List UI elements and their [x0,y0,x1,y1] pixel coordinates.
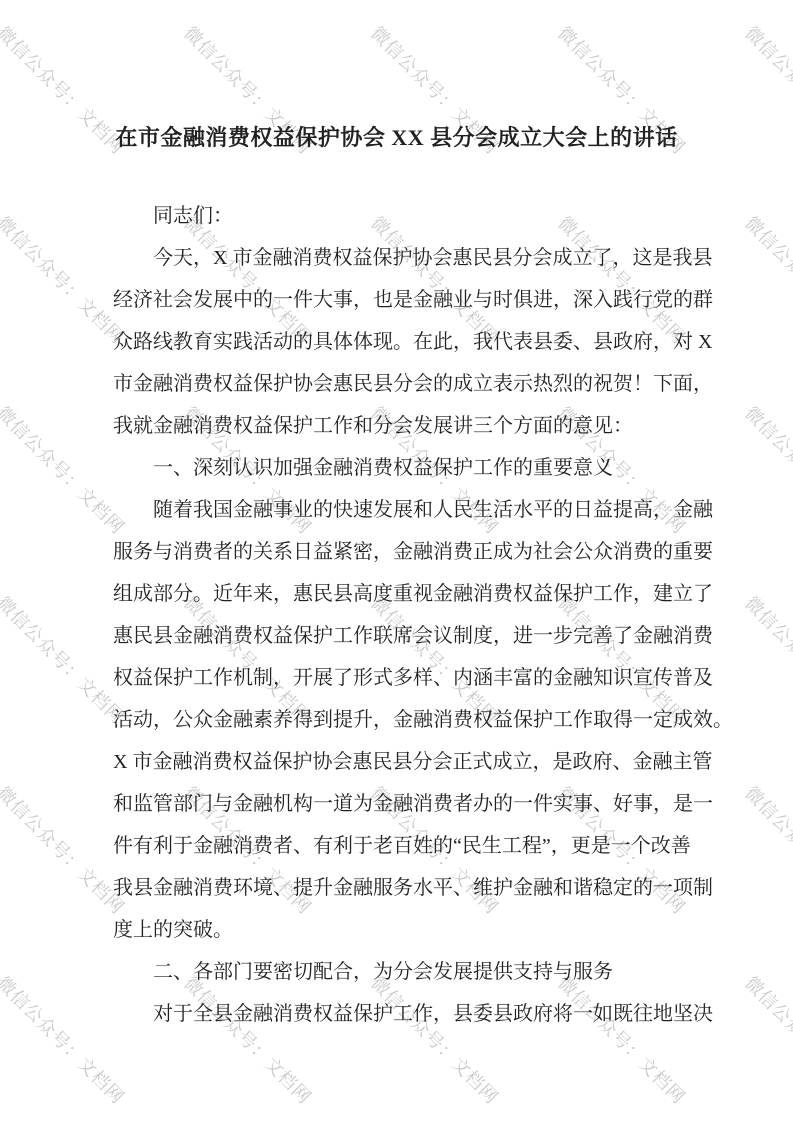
document-page: 微信公众号：文档网微信公众号：文档网微信公众号：文档网微信公众号：文档网微信公众… [0,0,793,1122]
text-line: 众路线教育实践活动的具体体现。在此，我代表县委、县政府，对 X [113,321,679,363]
text-line: 一、深刻认识加强金融消费权益保护工作的重要意义 [113,447,679,489]
text-line: 我县金融消费环境、提升金融服务水平、维护金融和谐稳定的一项制 [113,867,679,909]
text-line: 件有利于金融消费者、有利于老百姓的“民生工程”，更是一个改善 [113,825,679,867]
text-line: 服务与消费者的关系日益紧密，金融消费正成为社会公众消费的重要 [113,531,679,573]
text-line: 我就金融消费权益保护工作和分会发展讲三个方面的意见： [113,405,679,447]
text-line: 市金融消费权益保护协会惠民县分会的成立表示热烈的祝贺！下面， [113,363,679,405]
document-body: 同志们：今天，X 市金融消费权益保护协会惠民县分会成立了，这是我县经济社会发展中… [113,195,679,1035]
paragraph: 二、各部门要密切配合，为分会发展提供支持与服务 [113,951,679,993]
text-line: 惠民县金融消费权益保护工作联席会议制度，进一步完善了金融消费 [113,615,679,657]
text-line: 和监管部门与金融机构一道为金融消费者办的一件实事、好事，是一 [113,783,679,825]
text-line: 今天，X 市金融消费权益保护协会惠民县分会成立了，这是我县 [113,237,679,279]
text-line: 经济社会发展中的一件大事，也是金融业与时俱进，深入践行党的群 [113,279,679,321]
text-line: 随着我国金融事业的快速发展和人民生活水平的日益提高，金融 [113,489,679,531]
text-line: 二、各部门要密切配合，为分会发展提供支持与服务 [113,951,679,993]
text-line: 组成部分。近年来，惠民县高度重视金融消费权益保护工作，建立了 [113,573,679,615]
text-line: 同志们： [113,195,679,237]
paragraph: 随着我国金融事业的快速发展和人民生活水平的日益提高，金融服务与消费者的关系日益紧… [113,489,679,951]
paragraph: 对于全县金融消费权益保护工作，县委县政府将一如既往地坚决 [113,993,679,1035]
text-line: 活动，公众金融素养得到提升，金融消费权益保护工作取得一定成效。 [113,699,679,741]
paragraph: 一、深刻认识加强金融消费权益保护工作的重要意义 [113,447,679,489]
text-line: 度上的突破。 [113,909,679,951]
text-line: 权益保护工作机制，开展了形式多样、内涵丰富的金融知识宣传普及 [113,657,679,699]
document-content: 在市金融消费权益保护协会 XX 县分会成立大会上的讲话 同志们：今天，X 市金融… [0,0,793,1122]
paragraph: 今天，X 市金融消费权益保护协会惠民县分会成立了，这是我县经济社会发展中的一件大… [113,237,679,447]
document-title: 在市金融消费权益保护协会 XX 县分会成立大会上的讲话 [0,121,793,155]
text-line: X 市金融消费权益保护协会惠民县分会正式成立，是政府、金融主管 [113,741,679,783]
text-line: 对于全县金融消费权益保护工作，县委县政府将一如既往地坚决 [113,993,679,1035]
paragraph: 同志们： [113,195,679,237]
